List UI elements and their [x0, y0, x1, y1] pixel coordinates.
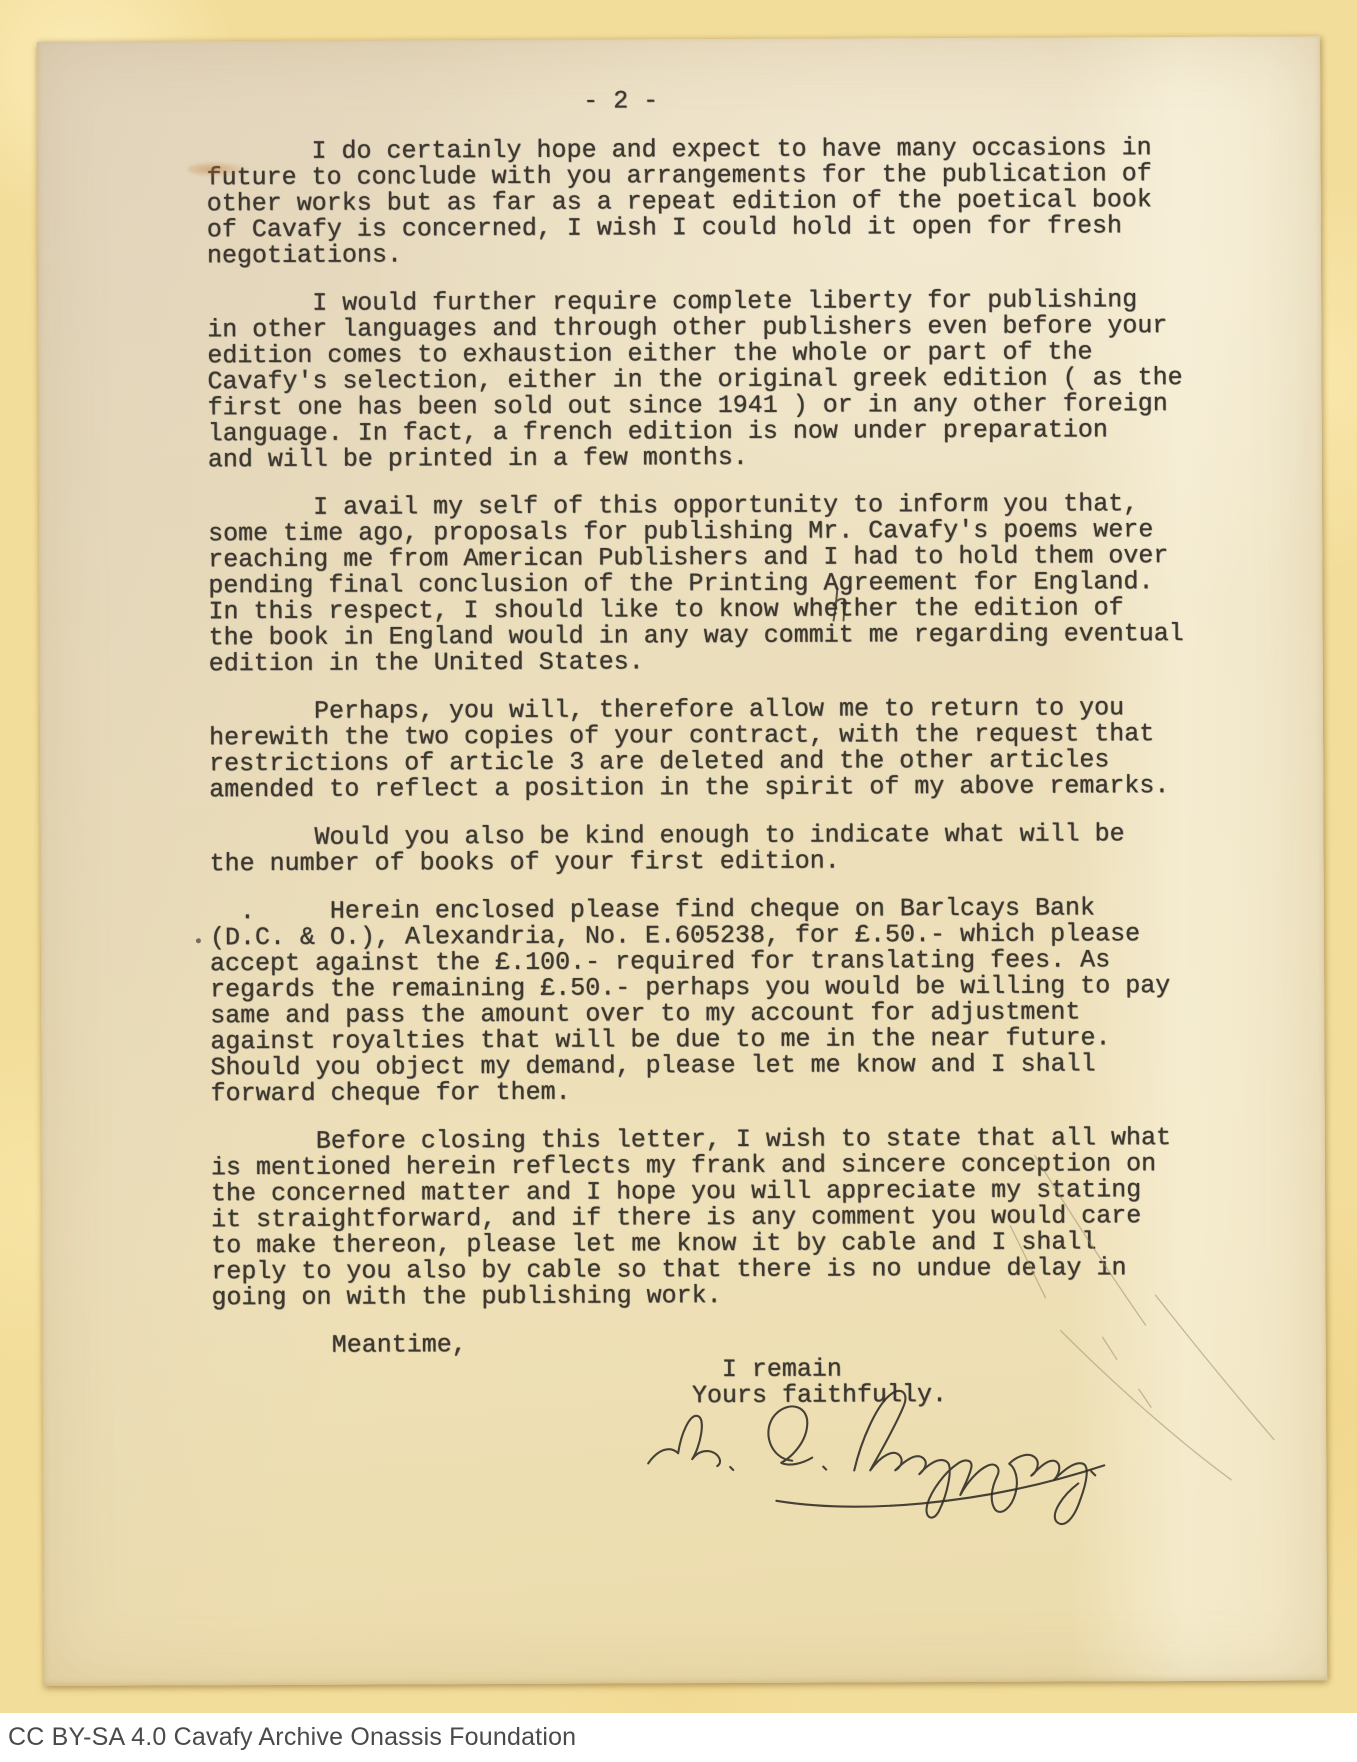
- letter-body: I do certainly hope and expect to have m…: [206, 135, 1187, 1411]
- letter-paragraph: Perhaps, you will, therefore allow me to…: [209, 695, 1185, 803]
- attribution-bar: CC BY-SA 4.0 Cavafy Archive Onassis Foun…: [0, 1713, 1357, 1762]
- scan-background: - 2 - I do certainly hope and expect to …: [0, 0, 1357, 1713]
- letter-page: - 2 - I do certainly hope and expect to …: [37, 36, 1327, 1686]
- stray-ink-dot: [196, 938, 201, 943]
- page-number: - 2 -: [583, 88, 658, 114]
- letter-paragraph: Before closing this letter, I wish to st…: [211, 1125, 1187, 1311]
- letter-paragraph: I do certainly hope and expect to have m…: [206, 135, 1182, 269]
- license-attribution: CC BY-SA 4.0 Cavafy Archive Onassis Foun…: [0, 1723, 576, 1752]
- handwritten-correction: [828, 586, 854, 624]
- letter-paragraph: . Herein enclosed please find cheque on …: [210, 895, 1186, 1107]
- letter-paragraph: I would further require complete liberty…: [207, 287, 1183, 473]
- letter-paragraph: Would you also be kind enough to indicat…: [209, 821, 1184, 877]
- letter-paragraph: I avail my self of this opportunity to i…: [208, 491, 1184, 677]
- signature: [586, 1385, 1127, 1547]
